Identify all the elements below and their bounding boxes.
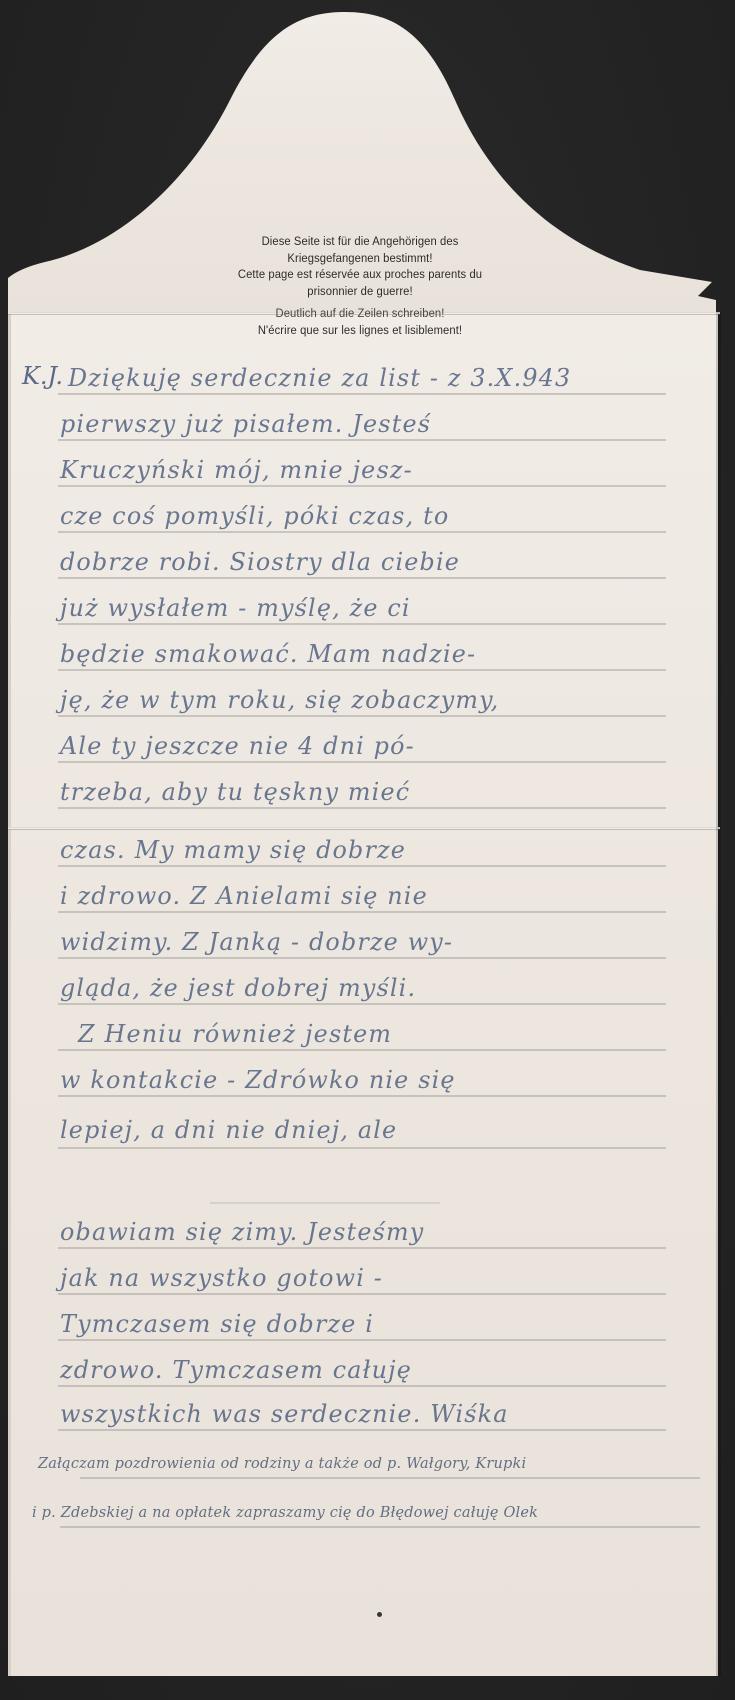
handwritten-letter-body: Dziękuję serdecznie za list - z 3.X.943 …: [0, 0, 735, 1700]
handwritten-line: Z Heniu również jestem: [78, 1014, 678, 1054]
handwritten-line: ję, że w tym roku, się zobaczymy,: [60, 680, 660, 720]
handwritten-line: Ale ty jeszcze nie 4 dni pó-: [60, 726, 660, 766]
paper-speck: [377, 1612, 382, 1617]
handwritten-line: gląda, że jest dobrej myśli.: [60, 968, 660, 1008]
handwritten-line: i zdrowo. Z Anielami się nie: [60, 876, 660, 916]
handwritten-line: cze coś pomyśli, póki czas, to: [60, 496, 660, 536]
handwritten-line: Dziękuję serdecznie za list - z 3.X.943: [68, 358, 668, 398]
handwritten-line: widzimy. Z Janką - dobrze wy-: [60, 922, 660, 962]
handwritten-line: Kruczyński mój, mnie jesz-: [60, 450, 660, 490]
handwritten-line: jak na wszystko gotowi -: [60, 1258, 660, 1298]
handwritten-line: czas. My mamy się dobrze: [60, 830, 660, 870]
handwritten-line: zdrowo. Tymczasem całuję: [60, 1350, 660, 1390]
postscript-line: Załączam pozdrowienia od rodziny a także…: [38, 1444, 643, 1484]
postscript-line: i p. Zdebskiej a na opłatek zapraszamy c…: [32, 1493, 637, 1533]
handwritten-line: wszystkich was serdecznie. Wiśka: [60, 1394, 660, 1434]
handwritten-line: Tymczasem się dobrze i: [60, 1304, 660, 1344]
handwritten-line: w kontakcie - Zdrówko nie się: [60, 1060, 660, 1100]
handwritten-line: trzeba, aby tu tęskny mieć: [60, 772, 660, 812]
handwritten-line: już wysłałem - myślę, że ci: [60, 588, 660, 628]
handwritten-line: lepiej, a dni nie dniej, ale: [60, 1110, 660, 1150]
handwritten-line: pierwszy już pisałem. Jesteś: [60, 404, 660, 444]
handwritten-line: będzie smakować. Mam nadzie-: [60, 634, 660, 674]
handwritten-line: dobrze robi. Siostry dla ciebie: [60, 542, 660, 582]
handwritten-line: obawiam się zimy. Jesteśmy: [60, 1212, 660, 1252]
